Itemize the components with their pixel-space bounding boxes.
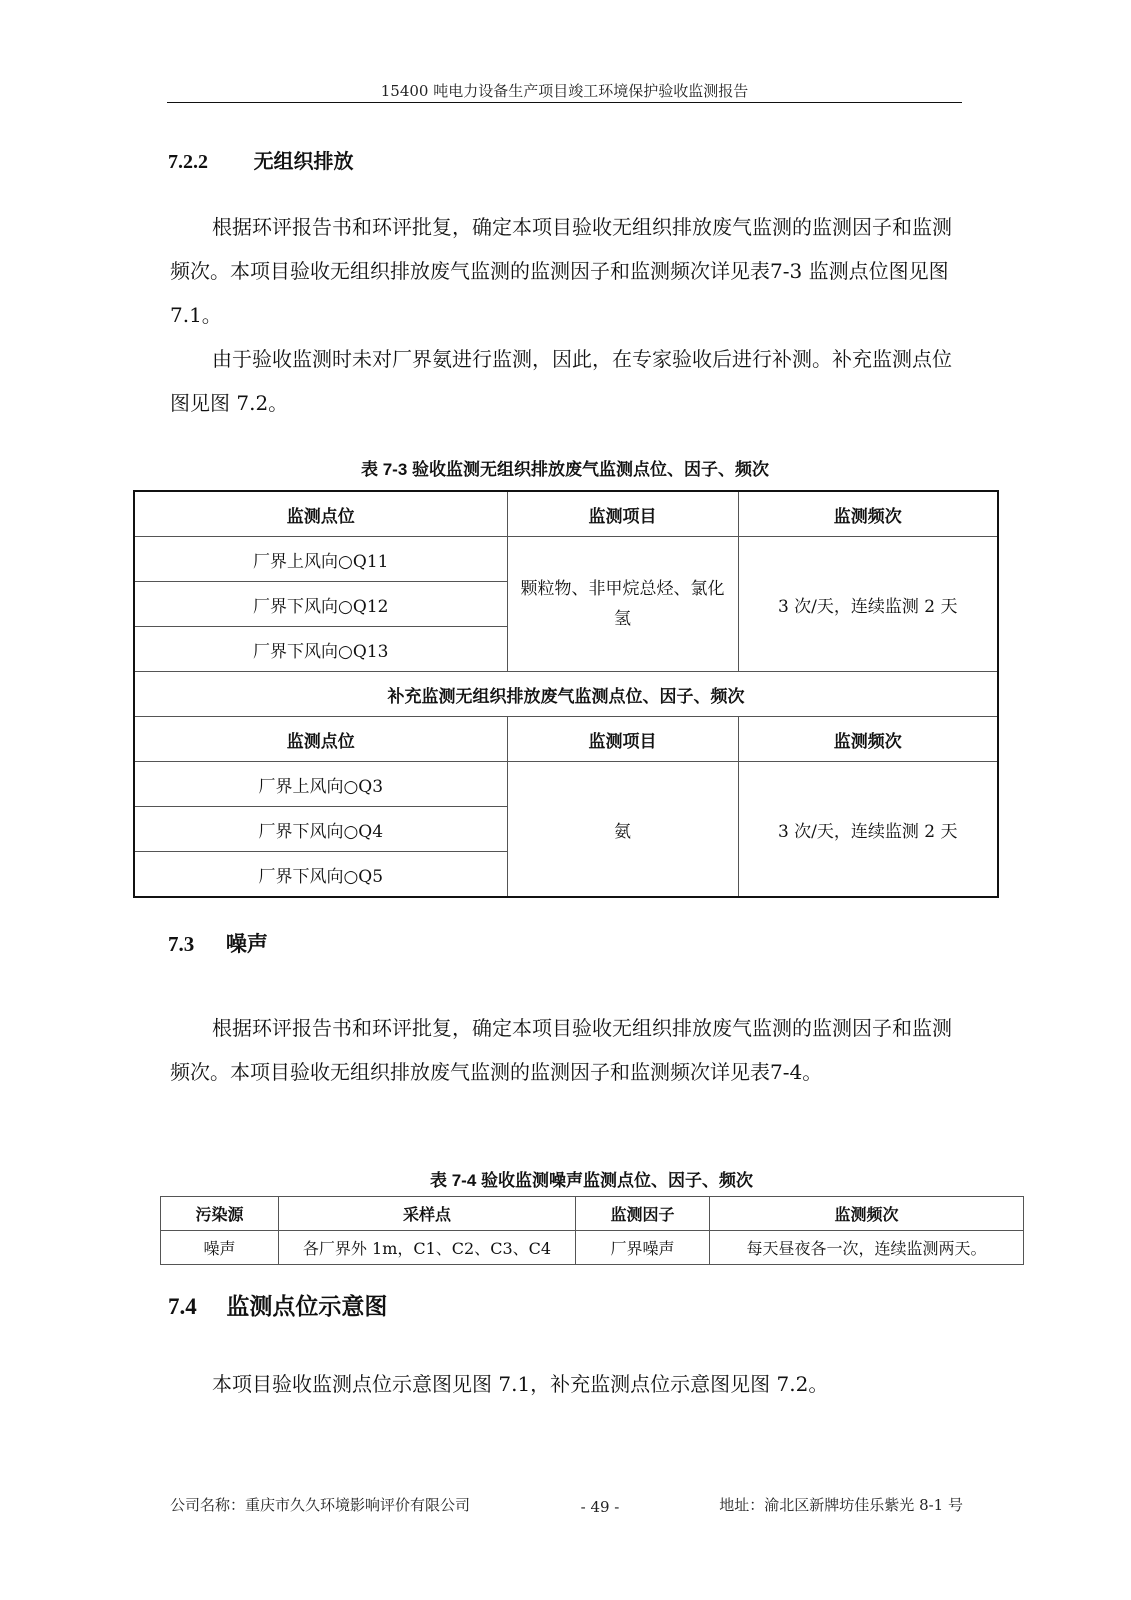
header-cell: 采样点 — [279, 1197, 576, 1231]
section-heading-7-4: 7.4 监测点位示意图 — [168, 1288, 387, 1321]
header-cell: 污染源 — [161, 1197, 279, 1231]
items-cell: 氨 — [507, 762, 738, 898]
location-cell: 厂界下风向○Q5 — [134, 852, 507, 898]
table-header-row: 监测点位 监测项目 监测频次 — [134, 491, 998, 537]
table-7-3-caption: 表 7-3 验收监测无组织排放废气监测点位、因子、频次 — [133, 455, 997, 480]
header-cell: 监测项目 — [507, 717, 738, 762]
table-row: 厂界上风向○Q11 颗粒物、非甲烷总烃、氯化氢 3 次/天，连续监测 2 天 — [134, 537, 998, 582]
table-row: 厂界上风向○Q3 氨 3 次/天，连续监测 2 天 — [134, 762, 998, 807]
page-number: - 49 - — [560, 1498, 640, 1516]
section-7-4-body: 本项目验收监测点位示意图见图 7.1，补充监测点位示意图见图 7.2。 — [170, 1362, 960, 1406]
table-header-row: 监测点位 监测项目 监测频次 — [134, 717, 998, 762]
paragraph: 根据环评报告书和环评批复，确定本项目验收无组织排放废气监测的监测因子和监测频次。… — [170, 1006, 960, 1094]
section-7-2-2-body: 根据环评报告书和环评批复，确定本项目验收无组织排放废气监测的监测因子和监测频次。… — [170, 205, 960, 425]
footer-company: 公司名称：重庆市久久环境影响评价有限公司 — [170, 1494, 470, 1515]
section-number: 7.2.2 — [168, 151, 248, 174]
section-heading-7-3: 7.3 噪声 — [168, 928, 268, 958]
section-number: 7.3 — [168, 932, 220, 957]
frequency-cell: 每天昼夜各一次，连续监测两天。 — [710, 1231, 1024, 1265]
footer-address: 地址：渝北区新牌坊佳乐紫光 8-1 号 — [719, 1494, 963, 1515]
header-cell: 监测项目 — [507, 491, 738, 537]
table-header-row: 污染源 采样点 监测因子 监测频次 — [161, 1197, 1024, 1231]
section-heading-7-2-2: 7.2.2 无组织排放 — [168, 145, 354, 174]
sampling-point-cell: 各厂界外 1m，C1、C2、C3、C4 — [279, 1231, 576, 1265]
section-title: 噪声 — [226, 933, 268, 956]
header-cell: 监测点位 — [134, 717, 507, 762]
location-cell: 厂界上风向○Q3 — [134, 762, 507, 807]
section-7-3-body: 根据环评报告书和环评批复，确定本项目验收无组织排放废气监测的监测因子和监测频次。… — [170, 1006, 960, 1094]
location-cell: 厂界下风向○Q12 — [134, 582, 507, 627]
frequency-cell: 3 次/天，连续监测 2 天 — [738, 762, 998, 898]
supplement-title-row: 补充监测无组织排放废气监测点位、因子、频次 — [134, 672, 998, 717]
header-cell: 监测频次 — [738, 717, 998, 762]
section-title: 监测点位示意图 — [226, 1293, 387, 1319]
header-cell: 监测因子 — [576, 1197, 710, 1231]
header-cell: 监测频次 — [710, 1197, 1024, 1231]
supplement-title: 补充监测无组织排放废气监测点位、因子、频次 — [134, 672, 998, 717]
location-cell: 厂界上风向○Q11 — [134, 537, 507, 582]
location-cell: 厂界下风向○Q13 — [134, 627, 507, 672]
table-7-3: 监测点位 监测项目 监测频次 厂界上风向○Q11 颗粒物、非甲烷总烃、氯化氢 3… — [133, 490, 999, 898]
paragraph: 本项目验收监测点位示意图见图 7.1，补充监测点位示意图见图 7.2。 — [170, 1362, 960, 1406]
frequency-cell: 3 次/天，连续监测 2 天 — [738, 537, 998, 672]
paragraph: 根据环评报告书和环评批复，确定本项目验收无组织排放废气监测的监测因子和监测频次。… — [170, 205, 960, 337]
location-cell: 厂界下风向○Q4 — [134, 807, 507, 852]
header-cell: 监测频次 — [738, 491, 998, 537]
table-row: 噪声 各厂界外 1m，C1、C2、C3、C4 厂界噪声 每天昼夜各一次，连续监测… — [161, 1231, 1024, 1265]
header-divider — [167, 102, 962, 103]
factor-cell: 厂界噪声 — [576, 1231, 710, 1265]
source-cell: 噪声 — [161, 1231, 279, 1265]
table-7-4: 污染源 采样点 监测因子 监测频次 噪声 各厂界外 1m，C1、C2、C3、C4… — [160, 1196, 1024, 1265]
section-number: 7.4 — [168, 1294, 220, 1320]
header-cell: 监测点位 — [134, 491, 507, 537]
running-header: 15400 吨电力设备生产项目竣工环境保护验收监测报告 — [167, 80, 962, 101]
section-title: 无组织排放 — [254, 151, 354, 173]
paragraph: 由于验收监测时未对厂界氨进行监测，因此，在专家验收后进行补测。补充监测点位图见图… — [170, 337, 960, 425]
table-7-4-caption: 表 7-4 验收监测噪声监测点位、因子、频次 — [160, 1166, 1023, 1191]
items-cell: 颗粒物、非甲烷总烃、氯化氢 — [507, 537, 738, 672]
